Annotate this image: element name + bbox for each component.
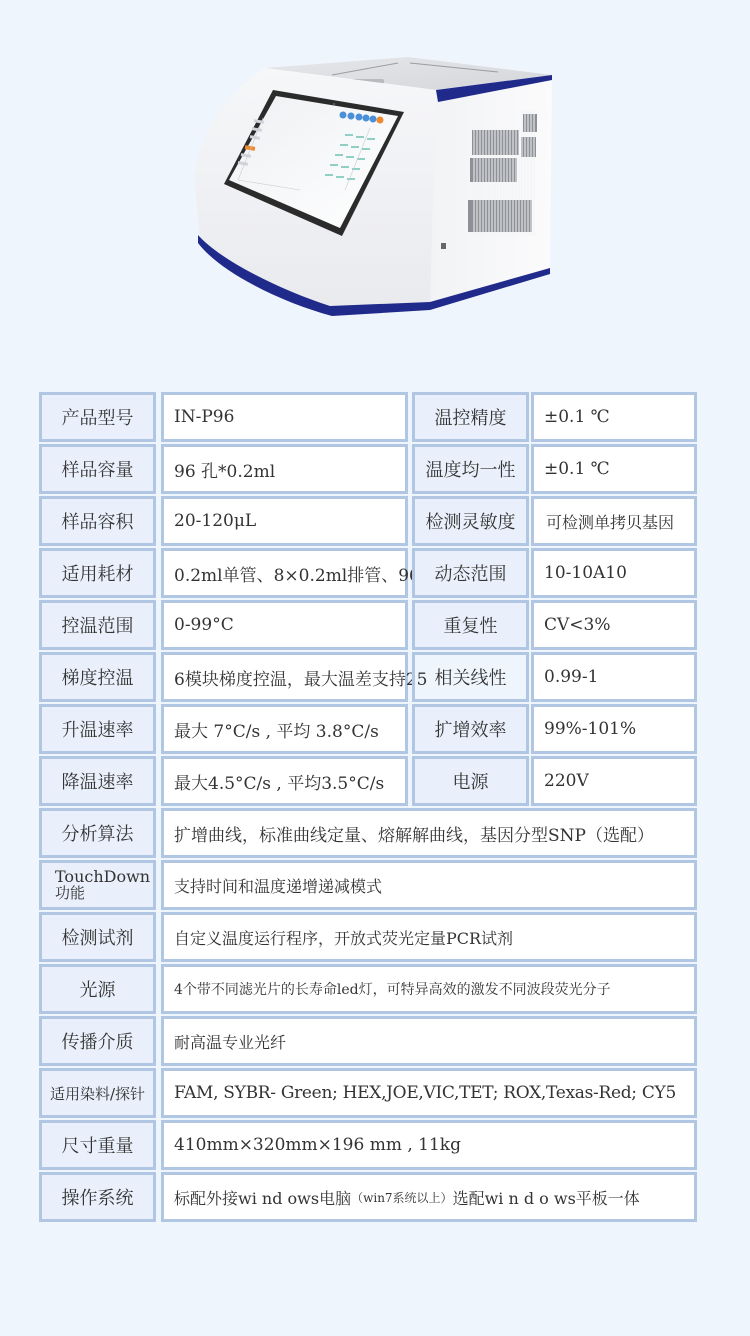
- table-row: 光源 4个带不同滤光片的长寿命led灯，可特异高效的激发不同波段荧光分子: [39, 964, 697, 1014]
- spec-label-line2: 功能: [55, 885, 85, 901]
- spec-label: 适用染料/探针: [39, 1068, 156, 1118]
- spec-value: 0.99-1: [531, 652, 697, 702]
- table-row: 传播介质 耐高温专业光纤: [39, 1016, 697, 1066]
- spec-value: 0.2ml单管、8×0.2ml排管、96孔板: [161, 548, 408, 598]
- spec-value: 99%-101%: [531, 704, 697, 754]
- spec-value: IN-P96: [161, 392, 408, 442]
- spec-value: 耐高温专业光纤: [161, 1016, 697, 1066]
- spec-label: 样品容积: [39, 496, 156, 546]
- table-row: 样品容积 20-120μL 检测灵敏度 可检测单拷贝基因: [39, 496, 697, 546]
- spec-label: 检测灵敏度: [412, 496, 529, 546]
- spec-label: 光源: [39, 964, 156, 1014]
- spec-value: 20-120μL: [161, 496, 408, 546]
- table-row: 检测试剂 自定义温度运行程序，开放式荧光定量PCR试剂: [39, 912, 697, 962]
- spec-value: 可检测单拷贝基因: [531, 496, 697, 546]
- table-row: 降温速率 最大4.5°C/s , 平均3.5°C/s 电源 220V: [39, 756, 697, 806]
- spec-value: CV<3%: [531, 600, 697, 650]
- spec-value: 最大 7°C/s , 平均 3.8°C/s: [161, 704, 408, 754]
- spec-value-note: （win7系统以上）: [351, 1189, 452, 1206]
- spec-value: 4个带不同滤光片的长寿命led灯，可特异高效的激发不同波段荧光分子: [161, 964, 697, 1014]
- table-row: 梯度控温 6模块梯度控温，最大温差支持25 相关线性 0.99-1: [39, 652, 697, 702]
- spec-value: 标配外接wi nd ows电脑 （win7系统以上） 选配wi n d o ws…: [161, 1172, 697, 1222]
- spec-value-part: 标配外接wi nd ows电脑: [174, 1186, 351, 1209]
- table-row: 适用染料/探针 FAM, SYBR- Green; HEX,JOE,VIC,TE…: [39, 1068, 697, 1118]
- spec-label: TouchDown 功能: [39, 860, 156, 910]
- spec-label: 检测试剂: [39, 912, 156, 962]
- table-row: 升温速率 最大 7°C/s , 平均 3.8°C/s 扩增效率 99%-101%: [39, 704, 697, 754]
- spec-value: ±0.1 ℃: [531, 392, 697, 442]
- table-row: 产品型号 IN-P96 温控精度 ±0.1 ℃: [39, 392, 697, 442]
- spec-label: 适用耗材: [39, 548, 156, 598]
- spec-value: 0-99°C: [161, 600, 408, 650]
- spec-label: 温控精度: [412, 392, 529, 442]
- spec-value: 220V: [531, 756, 697, 806]
- spec-value: FAM, SYBR- Green; HEX,JOE,VIC,TET; ROX,T…: [161, 1068, 697, 1118]
- spec-value: 6模块梯度控温，最大温差支持25: [161, 652, 408, 702]
- table-row: 样品容量 96 孔*0.2ml 温度均一性 ±0.1 ℃: [39, 444, 697, 494]
- spec-label: 动态范围: [412, 548, 529, 598]
- spec-label-line1: TouchDown: [55, 869, 150, 885]
- table-row: TouchDown 功能 支持时间和温度递增递减模式: [39, 860, 697, 910]
- table-row: 操作系统 标配外接wi nd ows电脑 （win7系统以上） 选配wi n d…: [39, 1172, 697, 1222]
- spec-label: 电源: [412, 756, 529, 806]
- table-row: 尺寸重量 410mm×320mm×196 mm , 11kg: [39, 1120, 697, 1170]
- spec-value: ±0.1 ℃: [531, 444, 697, 494]
- table-row: 控温范围 0-99°C 重复性 CV<3%: [39, 600, 697, 650]
- spec-value: 自定义温度运行程序，开放式荧光定量PCR试剂: [161, 912, 697, 962]
- spec-value: 支持时间和温度递增递减模式: [161, 860, 697, 910]
- spec-label: 温度均一性: [412, 444, 529, 494]
- spec-label: 重复性: [412, 600, 529, 650]
- spec-label: 扩增效率: [412, 704, 529, 754]
- spec-value: 10-10A10: [531, 548, 697, 598]
- spec-label: 降温速率: [39, 756, 156, 806]
- table-row: 适用耗材 0.2ml单管、8×0.2ml排管、96孔板 动态范围 10-10A1…: [39, 548, 697, 598]
- spec-value: 最大4.5°C/s , 平均3.5°C/s: [161, 756, 408, 806]
- spec-label: 分析算法: [39, 808, 156, 858]
- spec-label: 操作系统: [39, 1172, 156, 1222]
- spec-value: 96 孔*0.2ml: [161, 444, 408, 494]
- spec-label: 相关线性: [412, 652, 529, 702]
- spec-value: 410mm×320mm×196 mm , 11kg: [161, 1120, 697, 1170]
- spec-label: 控温范围: [39, 600, 156, 650]
- spec-value: 扩增曲线，标准曲线定量、熔解解曲线，基因分型SNP（选配）: [161, 808, 697, 858]
- spec-label: 传播介质: [39, 1016, 156, 1066]
- spec-label: 尺寸重量: [39, 1120, 156, 1170]
- spec-label: 样品容量: [39, 444, 156, 494]
- table-row: 分析算法 扩增曲线，标准曲线定量、熔解解曲线，基因分型SNP（选配）: [39, 808, 697, 858]
- spec-label: 升温速率: [39, 704, 156, 754]
- spec-label: 产品型号: [39, 392, 156, 442]
- spec-value-part: 选配wi n d o ws平板一体: [453, 1186, 640, 1209]
- product-image: [180, 40, 570, 330]
- spec-label: 梯度控温: [39, 652, 156, 702]
